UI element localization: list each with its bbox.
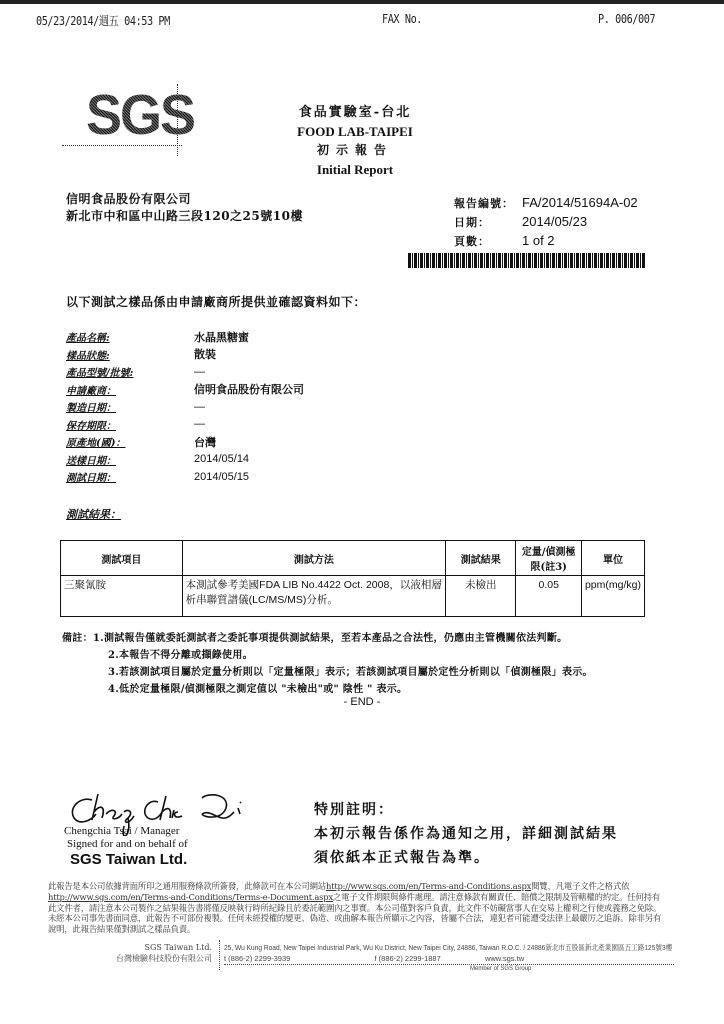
client-block: 信明食品股份有限公司 新北市中和區中山路三段120之25號10樓 xyxy=(66,191,303,225)
info-row: 樣品狀態:散裝 xyxy=(66,346,304,364)
terms-fine-print: 此報告是本公司依據背面所印之通用服務條款所簽發，此條款可在本公司網站http:/… xyxy=(48,881,668,935)
manufacture-date: — xyxy=(194,401,205,413)
origin-country: 台灣 xyxy=(194,434,216,450)
footer-fax: f (886-2) 2299-1887 xyxy=(374,954,440,963)
fax-page-number: P. 006/007 xyxy=(598,12,655,26)
end-marker: - END - xyxy=(0,696,724,708)
signing-company: SGS Taiwan Ltd. xyxy=(70,851,187,868)
info-row: 測試日期：2014/05/15 xyxy=(66,468,304,486)
test-item: 三聚氰胺 xyxy=(61,576,183,617)
results-table: 測試項目 測試方法 測試結果 定量/偵測極限(註3) 單位 三聚氰胺 本測試參考… xyxy=(60,540,645,617)
terms-link[interactable]: http://www.sgs.com/en/Terms-and-Conditio… xyxy=(326,881,531,891)
meta-label: 日期： xyxy=(454,214,522,230)
info-row: 申請廠商：信明食品股份有限公司 xyxy=(66,381,304,399)
special-note-line: 須依紙本正式報告為準。 xyxy=(314,846,618,870)
table-row: 三聚氰胺 本測試參考美國FDA LIB No.4422 Oct. 2008，以液… xyxy=(61,576,645,617)
col-unit: 單位 xyxy=(581,541,644,576)
info-label: 樣品狀態: xyxy=(66,351,110,362)
col-test-result: 測試結果 xyxy=(446,541,516,576)
lab-name-en: FOOD LAB-TAIPEI xyxy=(270,122,440,141)
logo-guide-line xyxy=(177,84,178,156)
test-method: 本測試參考美國FDA LIB No.4422 Oct. 2008，以液相層析串聯… xyxy=(182,576,445,617)
info-row: 原產地(國)：台灣 xyxy=(66,433,304,451)
footer-website[interactable]: www.sgs.tw xyxy=(485,954,524,963)
info-row: 產品型號/批號:— xyxy=(66,363,304,381)
signer-name-title: Chengchia Tsai / Manager xyxy=(64,825,188,838)
info-row: 送樣日期：2014/05/14 xyxy=(66,451,304,469)
sample-state: 散裝 xyxy=(194,346,216,362)
signatory: Chengchia Tsai / Manager Signed for and … xyxy=(64,825,188,851)
intro-statement: 以下測試之樣品係由申請廠商所提供並確認資料如下： xyxy=(66,293,366,310)
report-number-row: 報告編號： FA/2014/51694A-02 xyxy=(454,193,638,212)
results-heading: 測試結果： xyxy=(66,506,121,522)
footer-tel: t (886-2) 2299-3939 xyxy=(224,954,290,963)
logo-guide-line xyxy=(62,145,182,146)
sample-info: 產品名稱:水晶黑糖蜜 樣品狀態:散裝 產品型號/批號:— 申請廠商：信明食品股份… xyxy=(66,328,304,486)
footer-contact: 25, Wu Kung Road, New Taipei Industrial … xyxy=(224,942,724,964)
info-label: 保存期限： xyxy=(66,421,116,432)
col-test-method: 測試方法 xyxy=(182,541,445,576)
e-document-terms-link[interactable]: http://www.sgs.com/en/Terms-and-Conditio… xyxy=(48,892,333,902)
footer-member: Member of SGS Group xyxy=(470,966,531,972)
report-type-en: Initial Report xyxy=(270,160,440,179)
lab-name-cn: 食品實驗室-台北 xyxy=(270,103,440,122)
report-number: FA/2014/51694A-02 xyxy=(522,195,638,210)
remark-item: 3.若該測試項目屬於定量分析則以「定量極限」表示；若該測試項目屬於定性分析則以「… xyxy=(62,664,593,681)
client-name: 信明食品股份有限公司 xyxy=(66,191,303,208)
test-result: 未檢出 xyxy=(446,576,516,617)
footer-address: 25, Wu Kung Road, New Taipei Industrial … xyxy=(224,942,672,953)
info-row: 保存期限：— xyxy=(66,416,304,434)
client-address: 新北市中和區中山路三段120之25號10樓 xyxy=(66,208,303,225)
meta-label: 報告編號： xyxy=(454,195,522,211)
footer-divider xyxy=(219,940,220,970)
test-limit: 0.05 xyxy=(516,576,582,617)
remarks: 備註：1.測試報告僅就委託測試者之委託事項提供測試結果，至若本產品之合法性，仍應… xyxy=(62,630,593,698)
meta-label: 頁數： xyxy=(454,233,522,249)
special-note: 特別註明： 本初示報告係作為通知之用，詳細測試結果 須依紙本正式報告為準。 xyxy=(314,798,618,870)
remark-item: 2.本報告不得分離或擷錄使用。 xyxy=(62,647,593,664)
footer-entity-en: SGS Taiwan Ltd. xyxy=(100,942,212,953)
info-row: 產品名稱:水晶黑糖蜜 xyxy=(66,328,304,346)
remark-item: 備註：1.測試報告僅就委託測試者之委託事項提供測試結果，至若本產品之合法性，仍應… xyxy=(62,630,593,647)
report-type-cn: 初示報告 xyxy=(270,141,440,160)
footer-rule xyxy=(224,964,674,965)
footer-entity-cn: 台灣檢驗科技股份有限公司 xyxy=(100,953,212,964)
report-date: 2014/05/23 xyxy=(522,214,587,229)
info-label: 送樣日期： xyxy=(66,456,116,467)
fine-print-text: 此報告是本公司依據背面所印之通用服務條款所簽發，此條款可在本公司網站 xyxy=(48,881,326,891)
info-row: 製造日期：— xyxy=(66,398,304,416)
special-note-title: 特別註明： xyxy=(314,798,618,822)
info-label: 測試日期： xyxy=(66,473,116,484)
info-label: 製造日期： xyxy=(66,403,116,414)
info-label: 原產地(國)： xyxy=(66,438,125,449)
footer-phones: t (886-2) 2299-3939 f (886-2) 2299-1887 … xyxy=(224,953,724,964)
fine-print-text: 閱覽，凡電子文件之格式依 xyxy=(531,881,629,891)
fax-datetime: 05/23/2014/週五 04:53 PM xyxy=(36,12,170,29)
special-note-line: 本初示報告係作為通知之用，詳細測試結果 xyxy=(314,822,618,846)
report-title-block: 食品實驗室-台北 FOOD LAB-TAIPEI 初示報告 Initial Re… xyxy=(270,103,440,179)
test-date: 2014/05/15 xyxy=(194,471,249,483)
info-label: 產品型號/批號: xyxy=(66,368,133,379)
info-label: 產品名稱: xyxy=(66,333,110,344)
report-meta: 報告編號： FA/2014/51694A-02 日期： 2014/05/23 頁… xyxy=(454,193,638,250)
col-test-item: 測試項目 xyxy=(61,541,183,576)
test-unit: ppm(mg/kg) xyxy=(581,576,644,617)
table-header-row: 測試項目 測試方法 測試結果 定量/偵測極限(註3) 單位 xyxy=(61,541,645,576)
footer-entity: SGS Taiwan Ltd. 台灣檢驗科技股份有限公司 xyxy=(100,942,212,964)
fax-number-label: FAX No. xyxy=(382,12,422,26)
shelf-life: — xyxy=(194,418,205,430)
page-count: 1 of 2 xyxy=(522,233,555,248)
signed-for-label: Signed for and on behalf of xyxy=(64,838,188,851)
fax-top-border xyxy=(0,0,724,4)
product-name: 水晶黑糖蜜 xyxy=(194,329,249,345)
info-label: 申請廠商： xyxy=(66,386,116,397)
barcode xyxy=(408,253,645,268)
received-date: 2014/05/14 xyxy=(194,453,249,465)
col-limit: 定量/偵測極限(註3) xyxy=(516,541,582,576)
page-count-row: 頁數： 1 of 2 xyxy=(454,231,638,250)
applicant: 信明食品股份有限公司 xyxy=(194,381,304,397)
report-date-row: 日期： 2014/05/23 xyxy=(454,212,638,231)
model-batch: — xyxy=(194,366,205,378)
